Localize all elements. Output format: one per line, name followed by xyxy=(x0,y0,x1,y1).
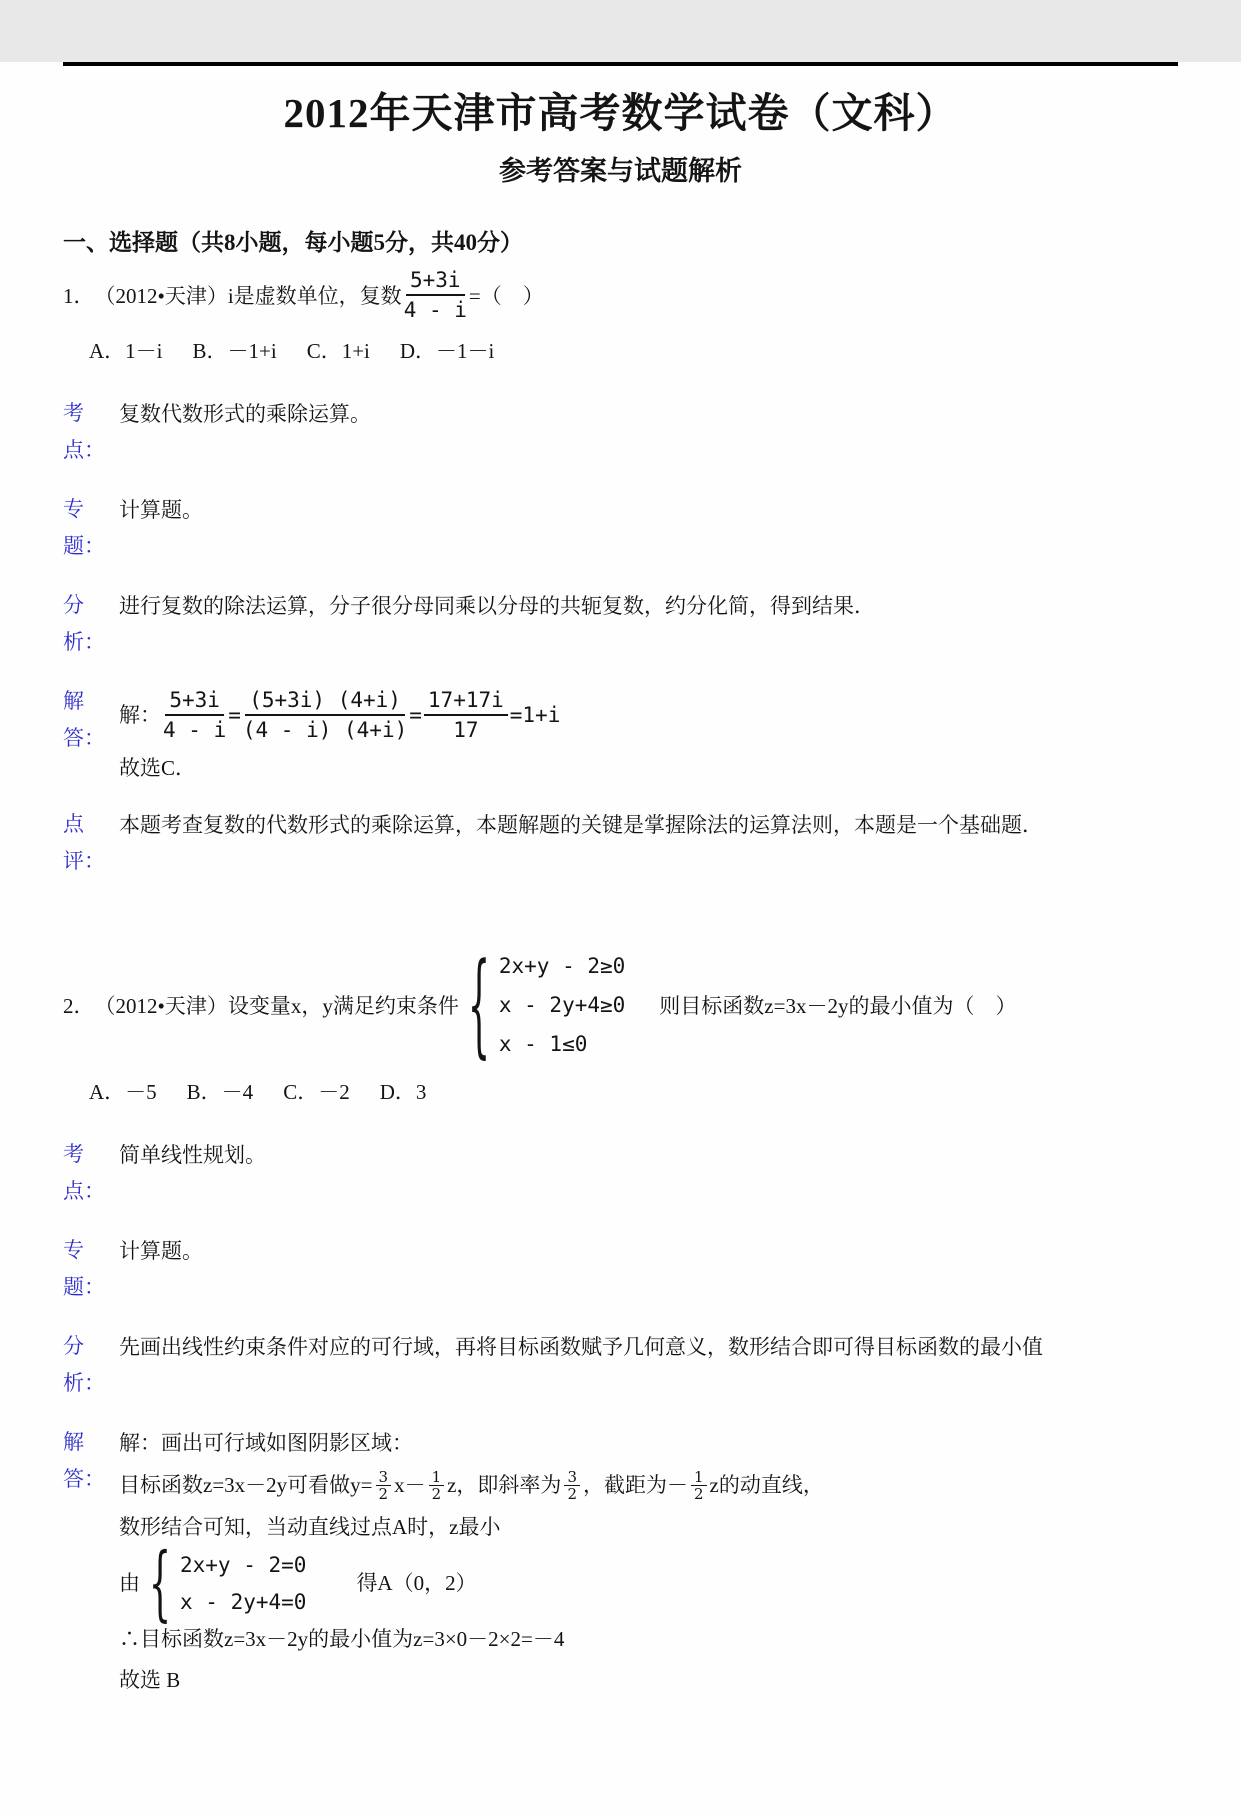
label-line-2: 评： xyxy=(63,843,119,880)
fraction: (5+3i) (4+i) (4 - i) (4+i) xyxy=(243,687,407,743)
text-part: z，即斜率为 xyxy=(447,1470,561,1501)
left-brace: { xyxy=(468,940,490,1070)
question-2-text: （2012•天津）设变量x，y满足约束条件 xyxy=(95,990,459,1020)
page-subtitle: 参考答案与试题解析 xyxy=(63,149,1178,188)
label-line-2: 点： xyxy=(63,1173,119,1210)
fraction-one-half: 1 2 xyxy=(691,1469,707,1502)
label-line-2: 题： xyxy=(63,1269,119,1306)
solution-result: =1+i xyxy=(510,700,561,731)
text-part: z的动直线， xyxy=(710,1470,824,1501)
q2-jieda-row: 解 答： 解：画出可行域如图阴影区域： 目标函数z=3x－2y可看做y= 3 2… xyxy=(63,1424,1178,1696)
fraction-denominator: 4 - i xyxy=(404,296,467,323)
q1-jieda-row: 解 答： 解： 5+3i 4 - i = (5+3i) (4+i) (4 - i… xyxy=(63,683,1178,784)
text-part: 得A（0，2） xyxy=(356,1568,476,1599)
q2-kaodian-text: 简单线性规划。 xyxy=(119,1136,1178,1210)
q2-solution-line-5: ∴目标函数z=3x－2y的最小值为z=3×0－2×2=－4 xyxy=(119,1624,1178,1655)
jieda-label: 解 答： xyxy=(63,1424,119,1696)
q1-fenxi-text: 进行复数的除法运算，分子很分母同乘以分母的共轭复数，约分化简，得到结果． xyxy=(119,587,1178,661)
question-1-text: （2012•天津）i是虚数单位，复数 xyxy=(95,280,402,310)
page-title: 2012年天津市高考数学试卷（文科） xyxy=(63,80,1178,139)
q2-solution-line-2: 目标函数z=3x－2y可看做y= 3 2 x－ 1 2 z，即斜率为 3 2 ，… xyxy=(119,1469,1178,1502)
label-line-1: 解 xyxy=(63,1424,119,1461)
system-line-2: x - 2y+4=0 xyxy=(180,1590,306,1614)
option-c: C．－2 xyxy=(283,1076,350,1106)
fraction-denominator: (4 - i) (4+i) xyxy=(243,716,407,743)
fraction-numerator: (5+3i) (4+i) xyxy=(245,687,405,716)
q1-zhuanti-row: 专 题： 计算题。 xyxy=(63,491,1178,565)
system-equations: 2x+y - 2=0 x - 2y+4=0 xyxy=(180,1553,306,1614)
fraction-denominator: 17 xyxy=(453,716,478,743)
option-a: A．－5 xyxy=(89,1076,157,1106)
kaodian-label: 考 点： xyxy=(63,395,119,469)
label-line-1: 考 xyxy=(63,395,119,432)
text-part: 目标函数z=3x－2y可看做y= xyxy=(119,1470,373,1501)
question-2-number: 2． xyxy=(63,990,95,1020)
equation-system: { 2x+y - 2=0 x - 2y+4=0 xyxy=(146,1553,306,1614)
q2-fenxi-row: 分 析： 先画出线性约束条件对应的可行域，再将目标函数赋予几何意义，数形结合即可… xyxy=(63,1328,1178,1402)
equals-sign: = xyxy=(409,700,422,731)
option-c: C．1+i xyxy=(307,335,370,365)
fraction: 17+17i 17 xyxy=(424,687,508,743)
label-line-1: 点 xyxy=(63,806,119,843)
q1-solution-equation: 解： 5+3i 4 - i = (5+3i) (4+i) (4 - i) (4+… xyxy=(119,687,1178,743)
label-line-1: 考 xyxy=(63,1136,119,1173)
q1-dianping-row: 点 评： 本题考查复数的代数形式的乘除运算，本题解题的关键是掌握除法的运算法则，… xyxy=(63,806,1178,880)
q2-zhuanti-text: 计算题。 xyxy=(119,1232,1178,1306)
option-d: D．－1－i xyxy=(400,335,495,365)
q1-jieda-content: 解： 5+3i 4 - i = (5+3i) (4+i) (4 - i) (4+… xyxy=(119,683,1178,784)
text-part: ，截距为－ xyxy=(583,1470,688,1501)
q1-kaodian-row: 考 点： 复数代数形式的乘除运算。 xyxy=(63,395,1178,469)
question-2-text-cont: 则目标函数z=3x－2y的最小值为（ ） xyxy=(659,990,1016,1020)
solution-prefix: 解： xyxy=(119,700,161,731)
fraction: 5+3i 4 - i xyxy=(163,687,226,743)
q2-solution-line-3: 数形结合可知，当动直线过点A时，z最小 xyxy=(119,1512,1178,1543)
q1-zhuanti-text: 计算题。 xyxy=(119,491,1178,565)
q2-solution-conclusion: 故选 B xyxy=(119,1665,1178,1696)
system-line-1: 2x+y - 2≥0 xyxy=(499,954,625,978)
label-line-2: 答： xyxy=(63,1461,119,1498)
system-line-2: x - 2y+4≥0 xyxy=(499,993,625,1017)
label-line-1: 解 xyxy=(63,683,119,720)
q2-kaodian-row: 考 点： 简单线性规划。 xyxy=(63,1136,1178,1210)
option-a: A．1－i xyxy=(89,335,163,365)
text-part: x－ xyxy=(394,1470,426,1501)
jieda-label: 解 答： xyxy=(63,683,119,784)
fraction-denominator: 4 - i xyxy=(163,716,226,743)
question-1-stem: 1． （2012•天津）i是虚数单位，复数 5+3i 4 - i =（ ） xyxy=(63,267,1178,323)
label-line-2: 析： xyxy=(63,1365,119,1402)
label-line-1: 分 xyxy=(63,1328,119,1365)
fraction-three-halves: 3 2 xyxy=(376,1469,392,1502)
question-1-answer-blank: =（ ） xyxy=(469,280,544,310)
fraction-numerator: 5+3i xyxy=(406,267,465,296)
label-line-2: 答： xyxy=(63,720,119,757)
zhuanti-label: 专 题： xyxy=(63,1232,119,1306)
text-part: 由 xyxy=(119,1568,140,1599)
question-2-options: A．－5 B．－4 C．－2 D．3 xyxy=(63,1076,1178,1106)
fenxi-label: 分 析： xyxy=(63,587,119,661)
q1-solution-conclusion: 故选C． xyxy=(119,753,1178,784)
section-heading: 一、选择题（共8小题，每小题5分，共40分） xyxy=(63,224,1178,257)
fraction-three-halves: 3 2 xyxy=(564,1469,580,1502)
label-line-1: 专 xyxy=(63,491,119,528)
label-line-2: 点： xyxy=(63,432,119,469)
zhuanti-label: 专 题： xyxy=(63,491,119,565)
fraction-numerator: 5+3i xyxy=(165,687,224,716)
label-line-2: 析： xyxy=(63,624,119,661)
q1-fenxi-row: 分 析： 进行复数的除法运算，分子很分母同乘以分母的共轭复数，约分化简，得到结果… xyxy=(63,587,1178,661)
fraction-one-half: 1 2 xyxy=(429,1469,445,1502)
option-b: B．－4 xyxy=(187,1076,254,1106)
q2-jieda-content: 解：画出可行域如图阴影区域： 目标函数z=3x－2y可看做y= 3 2 x－ 1… xyxy=(119,1424,1178,1696)
q2-zhuanti-row: 专 题： 计算题。 xyxy=(63,1232,1178,1306)
constraint-system: { 2x+y - 2≥0 x - 2y+4≥0 x - 1≤0 xyxy=(465,954,625,1056)
question-1-options: A．1－i B．－1+i C．1+i D．－1－i xyxy=(63,335,1178,365)
kaodian-label: 考 点： xyxy=(63,1136,119,1210)
question-2-stem: 2． （2012•天津）设变量x，y满足约束条件 { 2x+y - 2≥0 x … xyxy=(63,946,1178,1064)
option-d: D．3 xyxy=(380,1076,427,1106)
system-line-1: 2x+y - 2=0 xyxy=(180,1553,306,1577)
fraction-numerator: 17+17i xyxy=(424,687,508,716)
system-line-3: x - 1≤0 xyxy=(499,1032,625,1056)
q1-kaodian-text: 复数代数形式的乘除运算。 xyxy=(119,395,1178,469)
top-rule xyxy=(63,62,1178,66)
question-1-number: 1． xyxy=(63,280,95,310)
equals-sign: = xyxy=(228,700,241,731)
label-line-1: 专 xyxy=(63,1232,119,1269)
label-line-2: 题： xyxy=(63,528,119,565)
q2-fenxi-text: 先画出线性约束条件对应的可行域，再将目标函数赋予几何意义，数形结合即可得目标函数… xyxy=(119,1328,1178,1402)
q2-solution-line-4: 由 { 2x+y - 2=0 x - 2y+4=0 得A（0，2） xyxy=(119,1553,1178,1614)
system-equations: 2x+y - 2≥0 x - 2y+4≥0 x - 1≤0 xyxy=(499,954,625,1056)
q2-solution-line-1: 解：画出可行域如图阴影区域： xyxy=(119,1428,1178,1459)
dianping-label: 点 评： xyxy=(63,806,119,880)
q1-dianping-text: 本题考查复数的代数形式的乘除运算，本题解题的关键是掌握除法的运算法则，本题是一个… xyxy=(119,806,1178,880)
label-line-1: 分 xyxy=(63,587,119,624)
document-page: 2012年天津市高考数学试卷（文科） 参考答案与试题解析 一、选择题（共8小题，… xyxy=(0,62,1241,1816)
fraction: 5+3i 4 - i xyxy=(404,267,467,323)
option-b: B．－1+i xyxy=(193,335,277,365)
fenxi-label: 分 析： xyxy=(63,1328,119,1402)
left-brace: { xyxy=(149,1555,171,1612)
